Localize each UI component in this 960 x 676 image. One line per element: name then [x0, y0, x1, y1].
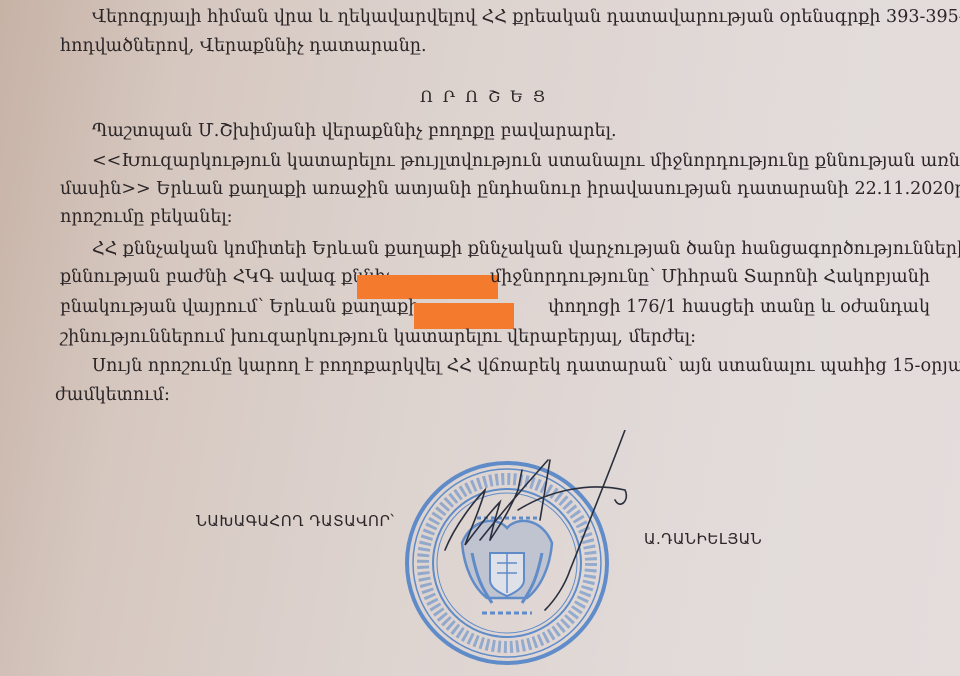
intro-text-1: Վերոգրյալի հիման վրա և ղեկավարվելով ՀՀ ք…: [92, 6, 932, 28]
paragraph-3-line-3b: փողոցի 176/1 հասցեի տանը և օժանդակ: [548, 296, 930, 318]
decision-heading: ՈՐՈՇԵՑ: [420, 87, 555, 106]
paragraph-4-line-2: ժամկետում:: [55, 384, 170, 406]
handwritten-signature-icon: [430, 430, 690, 630]
paragraph-2-line-2: մասին>> Երևան քաղաքի առաջին ատյանի ընդհա…: [60, 178, 930, 200]
paragraph-4-line-1: Սույն որոշումը կարող է բողոքարկվել ՀՀ վճ…: [92, 355, 930, 377]
paragraph-2-text-2: մասին>> Երևան քաղաքի առաջին ատյանի ընդհա…: [60, 178, 930, 200]
presiding-judge-title: ՆԱԽԱԳԱՀՈՂ ԴԱՏԱՎՈՐ՝: [196, 512, 394, 530]
paragraph-3-line-1: ՀՀ քննչական կոմիտեի Երևան քաղաքի քննչակա…: [92, 238, 930, 260]
paragraph-3-line-4: շինություններում խուզարկություն կատարելո…: [60, 326, 696, 348]
paragraph-2-line-3: որոշումը բեկանել:: [60, 206, 233, 228]
intro-line-2: հոդվածներով, Վերաքննիչ դատարանը.: [60, 35, 427, 57]
paragraph-4-text-1: Սույն որոշումը կարող է բողոքարկվել ՀՀ վճ…: [92, 355, 930, 377]
paragraph-2-line-1: <<Խուզարկություն կատարելու թույլտվությու…: [92, 150, 930, 172]
paragraph-3-text-1: ՀՀ քննչական կոմիտեի Երևան քաղաքի քննչակա…: [92, 238, 930, 260]
paragraph-1: Պաշտպան Մ.Շխիմյանի վերաքննիչ բողոքը բավա…: [92, 120, 617, 142]
intro-line-1: Վերոգրյալի հիման վրա և ղեկավարվելով ՀՀ ք…: [92, 6, 932, 28]
paragraph-3-line-2b: միջնորդությունը՝ Միհրան Տարոնի Հակոբյանի: [490, 266, 930, 288]
paragraph-3-line-3a: բնակության վայրում՝ Երևան քաղաքի: [60, 296, 419, 318]
paragraph-2-text-1: <<Խուզարկություն կատարելու թույլտվությու…: [92, 150, 930, 172]
paragraph-3-line-2a: քննության բաժնի ՀԿԳ ավագ քննիչ: [60, 266, 392, 288]
document-page: Վերոգրյալի հիման վրա և ղեկավարվելով ՀՀ ք…: [0, 0, 960, 676]
